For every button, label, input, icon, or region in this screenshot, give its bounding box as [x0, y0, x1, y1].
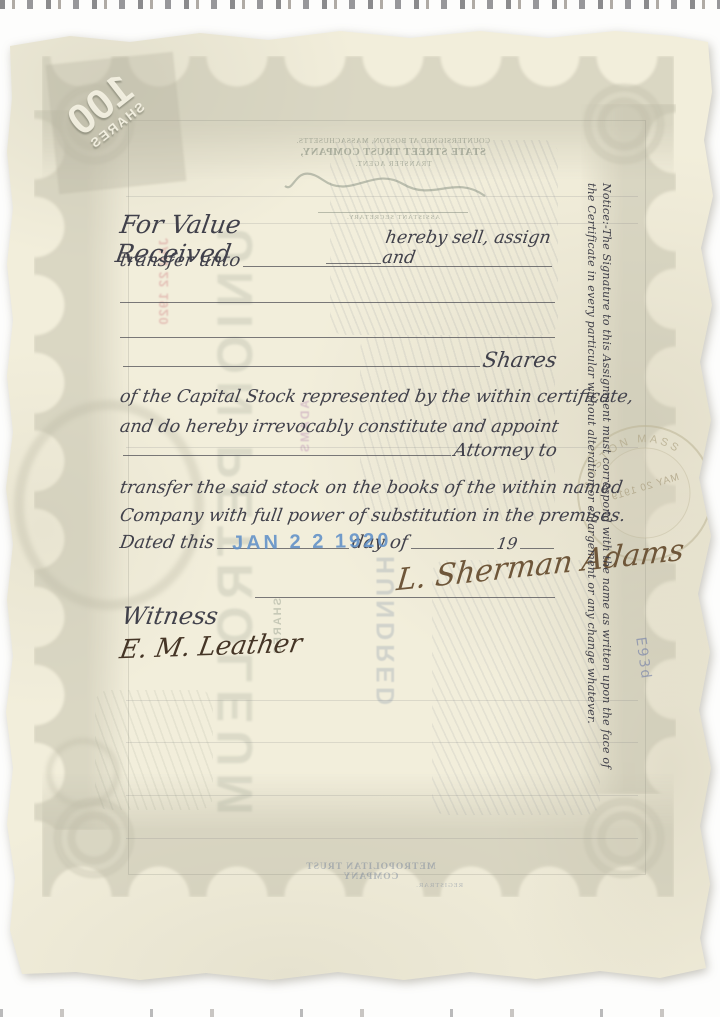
blank-fill-line: [123, 365, 480, 367]
capital-stock-line: of the Capital Stock represented by the …: [118, 387, 634, 407]
notice-line-1: Notice:-The Signature to this Assignment…: [599, 183, 614, 875]
shares-label: Shares: [481, 348, 558, 372]
form-row-transfer-unto: transfer unto: [120, 250, 555, 271]
ghost-watermark-ring-small: [46, 738, 120, 808]
ghost-rule-line: [126, 700, 638, 701]
ghost-rule-line: [126, 838, 638, 839]
notice-line-2: the Certificate in every particular with…: [584, 183, 599, 875]
attorney-label: Attorney to: [453, 440, 559, 461]
witness-label: Witness: [120, 602, 220, 630]
ghost-rule-line: [126, 196, 638, 197]
date-stamp: JAN 2 2 1920: [232, 530, 392, 556]
blank-fill-line: [123, 454, 451, 456]
transfer-unto-label: transfer unto: [118, 250, 242, 271]
paper-shadow-wrap: 100 SHARES COUNTERSIGNED AT BOSTON, MASS…: [0, 0, 720, 1017]
constitute-line: and do hereby irrevocably constitute and…: [118, 417, 560, 437]
form-row-shares: Shares: [120, 348, 557, 372]
blank-fill-line: [243, 265, 552, 267]
blank-fill-line: [411, 547, 494, 549]
substitution-line: Company with full power of substitution …: [118, 506, 627, 526]
signature-line: [255, 596, 555, 598]
transfer-books-line: transfer the said stock on the books of …: [118, 478, 624, 498]
certificate-paper: 100 SHARES COUNTERSIGNED AT BOSTON, MASS…: [0, 0, 720, 1017]
scanned-certificate-back: 100 SHARES COUNTERSIGNED AT BOSTON, MASS…: [0, 0, 720, 1017]
ghost-shares-panel: [46, 52, 187, 195]
blank-fill-line: [120, 336, 555, 338]
ghost-registrar-line: REGISTRAR.: [278, 882, 463, 889]
ghost-rule-line: [126, 795, 638, 796]
notice-vertical-text: Notice:-The Signature to this Assignment…: [584, 183, 614, 875]
ghost-rule-line: [126, 742, 638, 743]
dated-this-label: Dated this: [118, 532, 215, 553]
form-row-attorney: Attorney to: [120, 440, 557, 461]
blank-fill-line: [120, 301, 555, 303]
